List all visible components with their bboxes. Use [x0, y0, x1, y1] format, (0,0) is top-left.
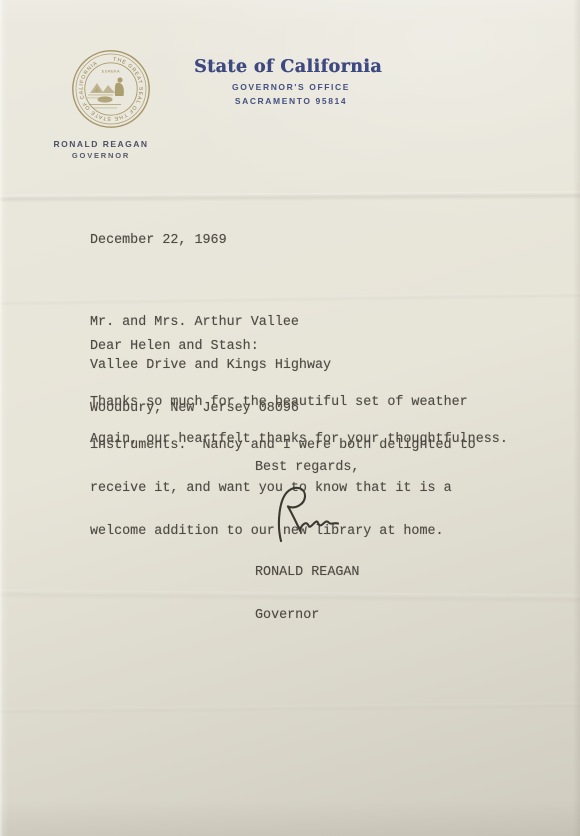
letter-date: December 22, 1969	[90, 234, 227, 248]
letterhead-state-title: State of California	[194, 57, 382, 77]
body-line: Thanks so much for the beautiful set of …	[90, 396, 476, 410]
signer-title: Governor	[255, 609, 359, 623]
seal-scene	[87, 77, 124, 108]
letterhead-governor-name: RONALD REAGAN	[53, 139, 148, 149]
great-seal-of-california-icon: THE GREAT SEAL OF THE STATE OF CALIFORNI…	[70, 48, 152, 130]
body-paragraph-2: Again, our heartfelt thanks for your tho…	[90, 433, 508, 447]
letterhead-governor-title: GOVERNOR	[72, 151, 130, 160]
closing: Best regards,	[255, 461, 359, 475]
address-line: Mr. and Mrs. Arthur Vallee	[90, 316, 331, 330]
letter-photo: THE GREAT SEAL OF THE STATE OF CALIFORNI…	[0, 0, 580, 836]
fold-crease	[0, 702, 580, 715]
seal-motto-text: EUREKA	[102, 70, 120, 74]
signer-name: RONALD REAGAN	[255, 566, 359, 580]
salutation: Dear Helen and Stash:	[90, 340, 259, 354]
letterhead-city-line: SACRAMENTO 95814	[235, 96, 347, 106]
letterhead-office-line: GOVERNOR'S OFFICE	[232, 82, 350, 92]
signature-block: RONALD REAGAN Governor	[255, 537, 359, 652]
signature-ron	[268, 484, 346, 544]
fold-crease	[0, 191, 580, 203]
